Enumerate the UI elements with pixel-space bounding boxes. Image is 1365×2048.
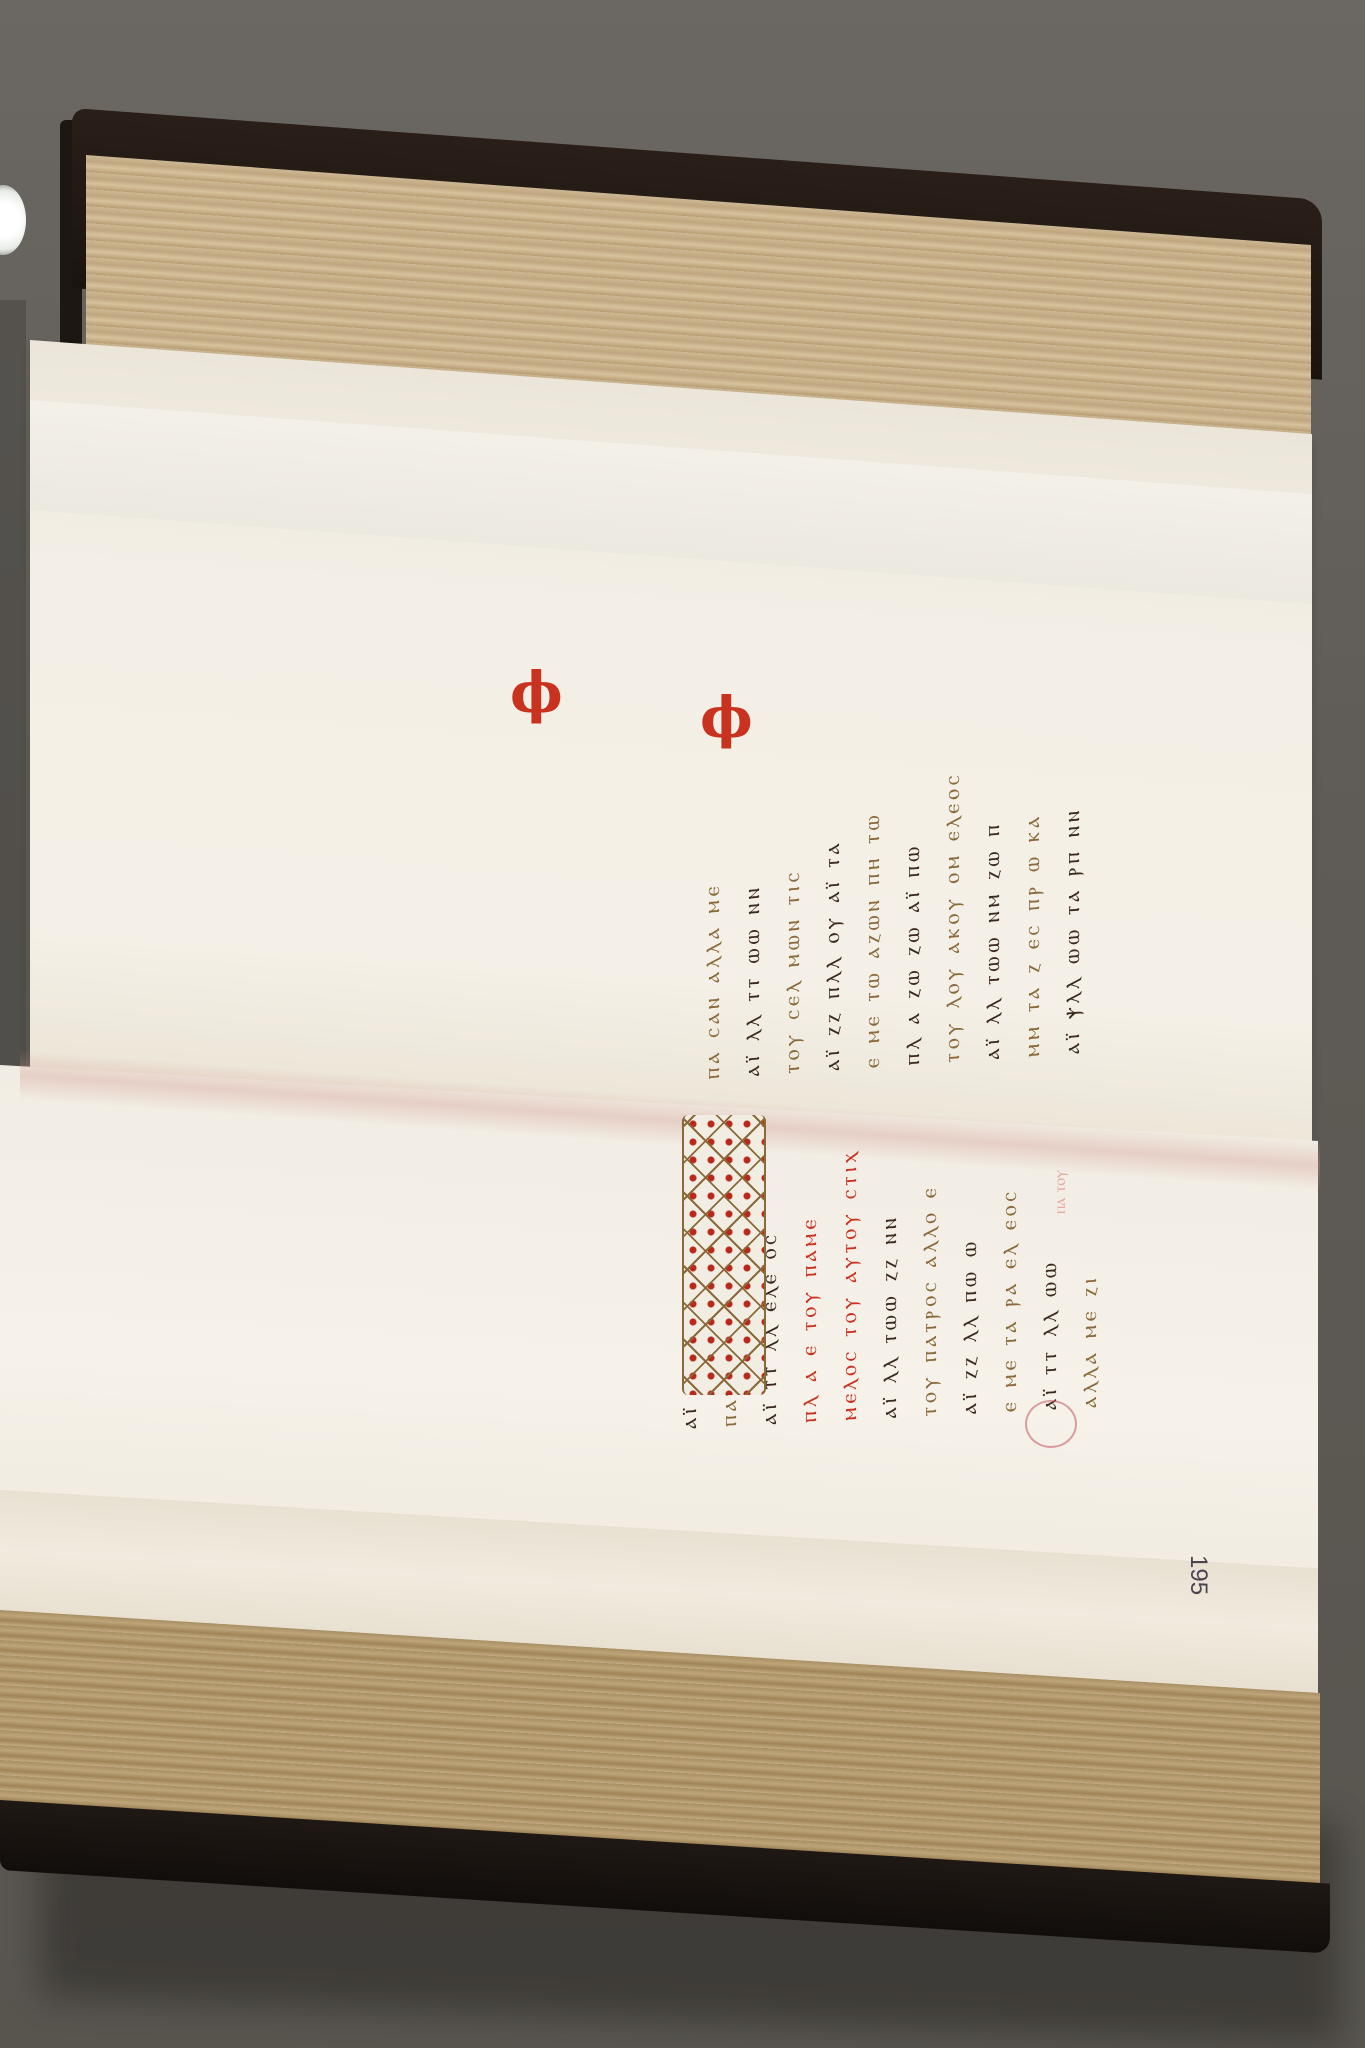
notation-column: ⲁⲓ̈ ⲍⲍ ⲡⲗⲗ ⲟⲩ ⲁⲓ̈ ⲧⲁ — [818, 690, 848, 1072]
notation-column: ⲡⲁ ⲥⲁⲛ ⲁⲗⲗⲁ ⲙⲉ — [698, 698, 728, 1080]
interlace-braid-ornament — [682, 1115, 766, 1395]
red-initial-ornament: ϕ — [510, 665, 563, 721]
notation-column: ⲁⲓ̈ ⲗⲗ ⲧⲱⲱ ⲛⲙ ⲍⲱ ⲡ — [978, 679, 1008, 1061]
notation-column: ⲉ ⲙⲉ ⲧⲱ ⲁⲍⲱⲛ ⲡⲏ ⲧⲱ — [858, 687, 888, 1069]
lower-page-notation: ⲁⲗⲗⲁ ⲙⲉ ⲍⲓ ⲁⲓ̈ ⲧⲧ ⲗⲗ ⲱⲱ ⲉ ⲙⲉ ⲧⲁ ⲣⲁ ⲉⲗ ⲉⲟ… — [235, 1077, 1105, 1453]
notation-column: ⲁⲓ̈ ⲗⲗ ⲧⲧ ⲱⲱ ⲛⲛ — [738, 695, 768, 1077]
rubric-column: ⲡⲗ ⲁ ⲉ ⲧⲟⲩ ⲡⲁⲙⲉ — [795, 1092, 825, 1424]
margin-note: ⲡⲁ ⲧⲟⲩ — [1050, 1170, 1069, 1214]
rubric-column: ⲙⲉⲗⲟⲥ ⲧⲟⲩ ⲁⲩⲧⲟⲩ ⲥⲧⲓⲭ — [835, 1090, 865, 1422]
notation-column: ⲧⲟⲩ ⲗⲟⲩ ⲁⲕⲟⲩ ⲟⲙ ⲉⲗⲉⲟⲥ — [938, 681, 968, 1063]
red-initial-ornament: ϕ — [700, 690, 753, 746]
notation-column: ⲧⲟⲩ ⲡⲁⲧⲣⲟⲥ ⲁⲗⲗⲟ ⲉ — [915, 1086, 945, 1418]
notation-column: ⲉ ⲙⲉ ⲧⲁ ⲣⲁ ⲉⲗ ⲉⲟⲥ — [995, 1081, 1025, 1413]
notation-column: ⲁⲓ̈ ⲯⲗⲗ ⲱⲱ ⲧⲁ ⲣⲡ ⲛⲛ — [1058, 673, 1088, 1055]
notation-column: ⲁⲓ̈ ⲗⲗ ⲧⲱⲱ ⲍⲍ ⲛⲛ — [875, 1088, 905, 1420]
red-circle-mark — [1025, 1400, 1077, 1448]
notation-column: ⲧⲟⲩ ⲥⲉⲗ ⲙⲱⲛ ⲧⲓⲥ — [778, 693, 808, 1075]
folio-number: 195 — [1184, 1555, 1212, 1595]
notation-column: ⲁⲗⲗⲁ ⲙⲉ ⲍⲓ — [1075, 1077, 1105, 1409]
display-light-reflection — [0, 185, 26, 255]
notation-column: ⲁⲓ̈ ⲧⲧ ⲗⲗ ⲱⲱ — [1035, 1079, 1065, 1411]
notation-column: ⲁⲓ̈ ⲍⲍ ⲗⲗ ⲡⲱ ⲱ — [955, 1083, 985, 1415]
notation-column: ⲡⲗ ⲁ ⲍⲱ ⲍⲱ ⲁⲓ̈ ⲡⲱ — [898, 684, 928, 1066]
notation-column: ⲙⲙ ⲧⲁ ⲍ ⲉⲥ ⲡⲣ ⲱ ⲕⲁ — [1018, 676, 1048, 1058]
